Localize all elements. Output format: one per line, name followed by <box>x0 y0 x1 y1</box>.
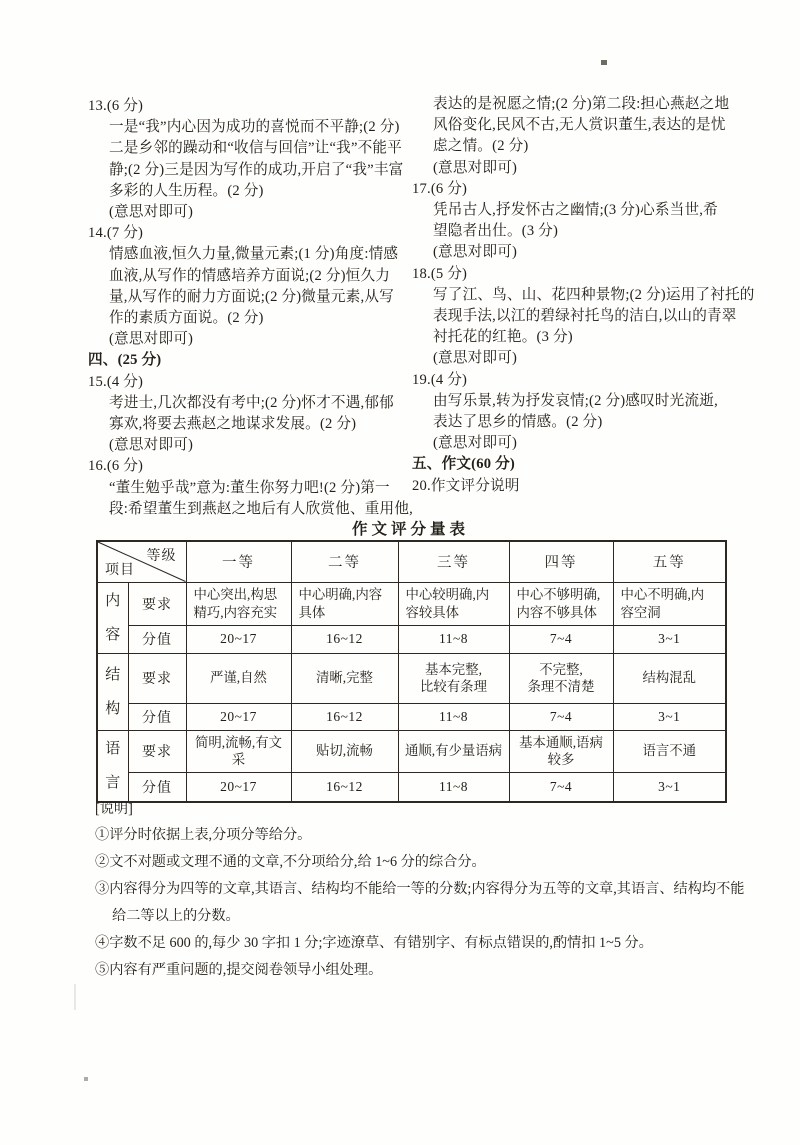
answer-text-line: 19.(4 分) <box>412 370 746 391</box>
answer-text-line: 17.(6 分) <box>412 179 746 200</box>
answer-text-line: 15.(4 分) <box>88 372 412 393</box>
scan-artifact <box>601 60 607 65</box>
requirement-cell: 中心明确,内容 具体 <box>291 582 398 625</box>
answer-text-line: 写了江、鸟、山、花四种景物;(2 分)运用了衬托的 <box>412 285 746 306</box>
answer-text-line: (意思对即可) <box>412 348 746 369</box>
answer-text-line: 二是乡邻的躁动和“收信与回信”让“我”不能平 <box>88 138 412 159</box>
row-label-cell: 分值 <box>128 625 186 653</box>
grade-header-cell: 一等 <box>186 541 291 582</box>
scan-artifact <box>84 1077 88 1081</box>
answer-text-line: 18.(5 分) <box>412 264 746 285</box>
requirement-cell: 语言不通 <box>613 730 726 772</box>
note-item: ①评分时依据上表,分项分等给分。 <box>95 822 750 849</box>
row-label-cell: 分值 <box>128 703 186 730</box>
requirement-cell: 中心较明确,内 容较具体 <box>398 582 509 625</box>
table-corner-cell: 等级项目 <box>97 541 186 582</box>
answer-text-line: 表达的是祝愿之情;(2 分)第二段:担心燕赵之地 <box>412 94 746 115</box>
score-cell: 3~1 <box>613 625 726 653</box>
requirement-cell: 结构混乱 <box>613 653 726 703</box>
answer-text-line: 考进士,几次都没有考中;(2 分)怀才不遇,郁郁 <box>88 393 412 414</box>
answer-text-line: 16.(6 分) <box>88 456 412 477</box>
answer-text-line: 一是“我”内心因为成功的喜悦而不平静;(2 分) <box>88 117 412 138</box>
score-cell: 3~1 <box>613 703 726 730</box>
answer-text-line: 风俗变化,民风不古,无人赏识董生,表达的是忧 <box>412 115 746 136</box>
answer-text-line: 14.(7 分) <box>88 223 412 244</box>
answer-text-line: 虑之情。(2 分) <box>412 136 746 157</box>
notes-list: ①评分时依据上表,分项分等给分。②文不对题或文理不通的文章,不分项给分,给 1~… <box>95 822 750 984</box>
category-cell: 结构 <box>97 653 128 730</box>
answer-text-line: 20.作文评分说明 <box>412 476 746 497</box>
row-label-cell: 要求 <box>128 653 186 703</box>
grade-header-cell: 二等 <box>291 541 398 582</box>
requirement-cell: 清晰,完整 <box>291 653 398 703</box>
requirement-cell: 严谨,自然 <box>186 653 291 703</box>
answer-text-line: 13.(6 分) <box>88 96 412 117</box>
category-cell: 内容 <box>97 582 128 653</box>
row-label-cell: 要求 <box>128 730 186 772</box>
score-cell: 11~8 <box>398 703 509 730</box>
requirement-cell: 基本完整, 比较有条理 <box>398 653 509 703</box>
answer-text-line: (意思对即可) <box>88 202 412 223</box>
answer-text-line: 血液,从写作的情感培养方面说;(2 分)恒久力 <box>88 266 412 287</box>
answer-text-line: 量,从写作的耐力方面说;(2 分)微量元素,从写 <box>88 287 412 308</box>
scan-artifact <box>74 984 76 1010</box>
answer-text-line: 情感血液,恒久力量,微量元素;(1 分)角度:情感 <box>88 244 412 265</box>
answer-text-line: “董生勉乎哉”意为:董生你努力吧!(2 分)第一 <box>88 478 412 499</box>
answer-text-line: (意思对即可) <box>412 433 746 454</box>
score-cell: 7~4 <box>509 703 613 730</box>
answer-text-line: 四、(25 分) <box>88 350 412 371</box>
requirement-cell: 中心不明确,内 容空洞 <box>613 582 726 625</box>
requirement-cell: 中心突出,构思 精巧,内容充实 <box>186 582 291 625</box>
category-cell: 语言 <box>97 730 128 802</box>
grade-header-cell: 三等 <box>398 541 509 582</box>
answers-left-column: 13.(6 分)一是“我”内心因为成功的喜悦而不平静;(2 分)二是乡邻的躁动和… <box>88 96 412 520</box>
answer-text-line: (意思对即可) <box>412 158 746 179</box>
requirement-cell: 中心不够明确, 内容不够具体 <box>509 582 613 625</box>
score-cell: 16~12 <box>291 703 398 730</box>
answer-text-line: 表达了思乡的情感。(2 分) <box>412 412 746 433</box>
answer-text-line: 多彩的人生历程。(2 分) <box>88 181 412 202</box>
answer-text-line: (意思对即可) <box>412 242 746 263</box>
answer-text-line: (意思对即可) <box>88 329 412 350</box>
requirement-cell: 简明,流畅,有文采 <box>186 730 291 772</box>
answer-text-line: 衬托花的红艳。(3 分) <box>412 327 746 348</box>
notes-label: [说明] <box>95 796 750 822</box>
answer-text-line: 静;(2 分)三是因为写作的成功,开启了“我”丰富 <box>88 160 412 181</box>
note-item: ⑤内容有严重问题的,提交阅卷领导小组处理。 <box>95 957 750 984</box>
notes-section: [说明] ①评分时依据上表,分项分等给分。②文不对题或文理不通的文章,不分项给分… <box>95 796 750 984</box>
grade-header-cell: 四等 <box>509 541 613 582</box>
requirement-cell: 不完整, 条理不清楚 <box>509 653 613 703</box>
note-item: ②文不对题或文理不通的文章,不分项给分,给 1~6 分的综合分。 <box>95 849 750 876</box>
score-cell: 20~17 <box>186 703 291 730</box>
answer-text-line: (意思对即可) <box>88 435 412 456</box>
row-label-cell: 要求 <box>128 582 186 625</box>
answer-text-line: 寡欢,将要去燕赵之地谋求发展。(2 分) <box>88 414 412 435</box>
scanned-answer-sheet: 13.(6 分)一是“我”内心因为成功的喜悦而不平静;(2 分)二是乡邻的躁动和… <box>0 0 800 1145</box>
answer-text-line: 五、作文(60 分) <box>412 454 746 475</box>
answer-text-line: 表现手法,以江的碧绿衬托鸟的洁白,以山的青翠 <box>412 306 746 327</box>
score-cell: 16~12 <box>291 625 398 653</box>
grade-header-cell: 五等 <box>613 541 726 582</box>
answers-right-column: 表达的是祝愿之情;(2 分)第二段:担心燕赵之地风俗变化,民风不古,无人赏识董生… <box>412 94 746 497</box>
answer-text-line: 凭吊古人,抒发怀古之幽情;(3 分)心系当世,希 <box>412 200 746 221</box>
note-item: ④字数不足 600 的,每少 30 字扣 1 分;字迹潦草、有错别字、有标点错误… <box>95 930 750 957</box>
requirement-cell: 通顺,有少量语病 <box>398 730 509 772</box>
score-cell: 11~8 <box>398 625 509 653</box>
requirement-cell: 基本通顺,语病较多 <box>509 730 613 772</box>
scoring-table-title: 作文评分量表 <box>96 517 725 539</box>
requirement-cell: 贴切,流畅 <box>291 730 398 772</box>
answer-text-line: 望隐者出仕。(3 分) <box>412 221 746 242</box>
score-cell: 7~4 <box>509 625 613 653</box>
note-item: ③内容得分为四等的文章,其语言、结构均不能给一等的分数;内容得分为五等的文章,其… <box>95 876 750 930</box>
score-cell: 20~17 <box>186 625 291 653</box>
answer-text-line: 由写乐景,转为抒发哀情;(2 分)感叹时光流逝, <box>412 391 746 412</box>
answer-text-line: 作的素质方面说。(2 分) <box>88 308 412 329</box>
scoring-table: 等级项目一等二等三等四等五等内容要求中心突出,构思 精巧,内容充实中心明确,内容… <box>96 540 727 803</box>
